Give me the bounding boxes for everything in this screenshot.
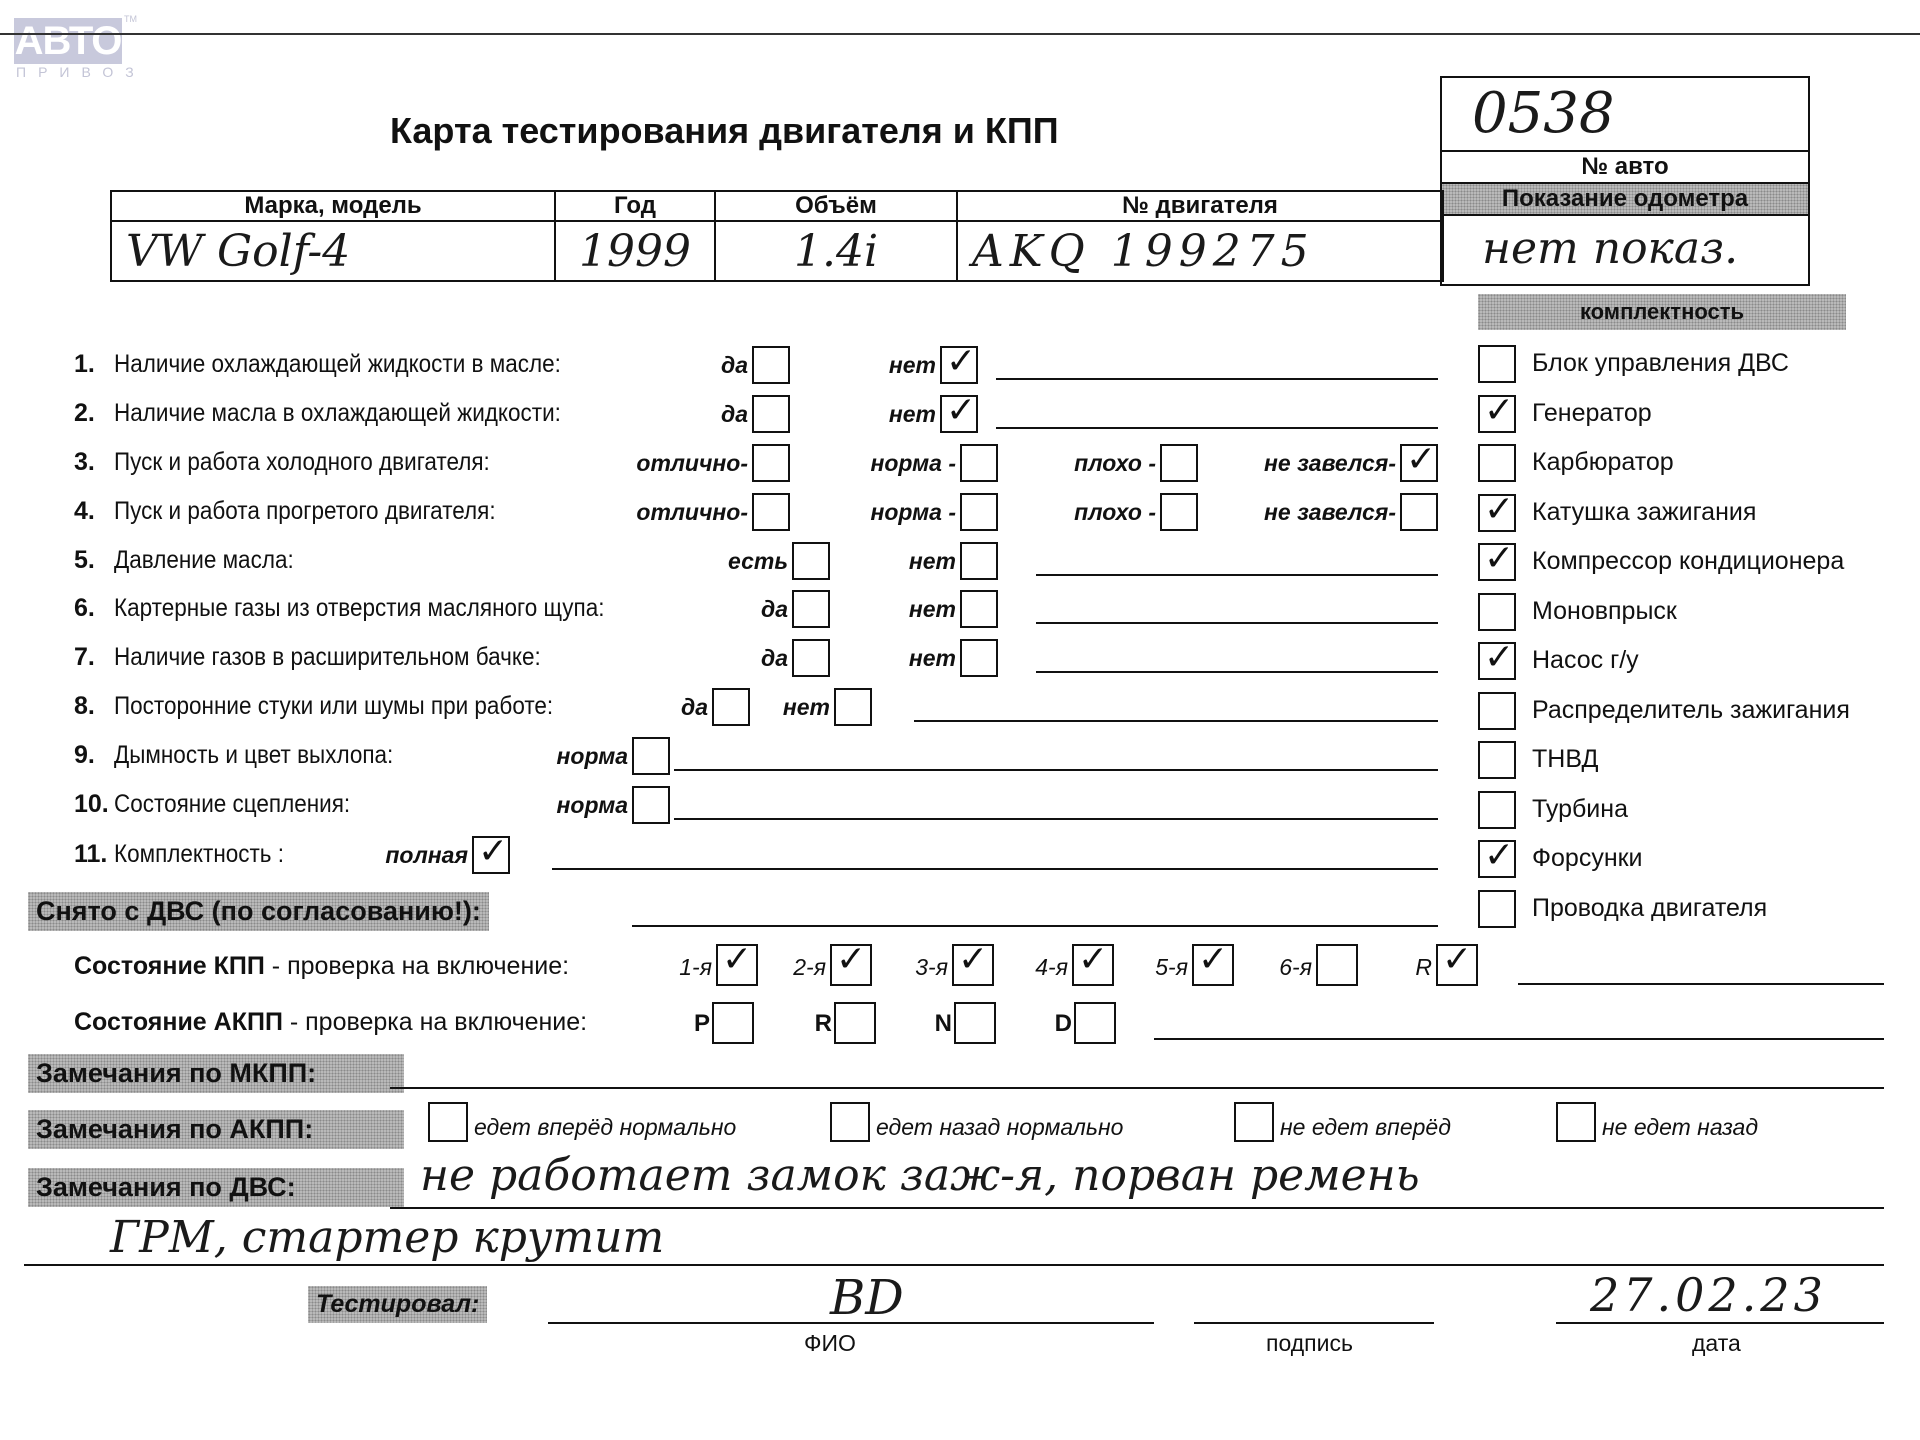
option-label: не завелся- xyxy=(1264,499,1396,526)
check-mark-icon: ✓ xyxy=(946,391,976,431)
kpp-gear-checkbox[interactable]: ✓ xyxy=(716,944,758,986)
question-number: 7. xyxy=(74,643,95,672)
question-text: Дымность и цвет выхлопа: xyxy=(114,741,393,770)
remarks-akpp-label: Замечания по АКПП: xyxy=(28,1110,404,1149)
question-number: 11. xyxy=(74,840,107,869)
check-mark-icon: ✓ xyxy=(1484,539,1514,579)
kpp-gear-label: 4-я xyxy=(1035,954,1068,981)
column-header-year: Год xyxy=(555,191,715,221)
question-notes-field[interactable] xyxy=(996,378,1438,380)
odometer-value[interactable]: нет показ. xyxy=(1442,216,1808,282)
akpp-gear-label: N xyxy=(935,1010,952,1038)
fio-field xyxy=(548,1322,1154,1324)
kpp-gear-label: 2-я xyxy=(793,954,826,981)
option-label: нет xyxy=(889,352,936,379)
option-label: да xyxy=(761,645,788,672)
komplektnost-checkbox[interactable] xyxy=(1478,593,1516,631)
make-model-value[interactable]: VW Golf-4 xyxy=(111,221,555,281)
akpp-label-bold: Состояние АКПП xyxy=(74,1008,283,1036)
fio-label: ФИО xyxy=(804,1330,856,1357)
komplektnost-checkbox[interactable] xyxy=(1478,692,1516,730)
option-checkbox[interactable] xyxy=(792,639,830,677)
option-label: да xyxy=(721,352,748,379)
check-mark-icon: ✓ xyxy=(1484,490,1514,530)
check-mark-icon: ✓ xyxy=(1442,940,1472,980)
signature-label: подпись xyxy=(1266,1330,1353,1357)
check-mark-icon: ✓ xyxy=(836,940,866,980)
option-label: да xyxy=(761,596,788,623)
question-notes-field[interactable] xyxy=(674,769,1438,771)
page-title: Карта тестирования двигателя и КПП xyxy=(390,110,1059,152)
question-notes-field[interactable] xyxy=(552,868,1438,870)
removed-field[interactable] xyxy=(632,925,1438,927)
option-checkbox[interactable]: ✓ xyxy=(1400,444,1438,482)
akpp-gear-label: D xyxy=(1055,1010,1072,1038)
auto-number-label: № авто xyxy=(1442,152,1808,184)
option-checkbox[interactable] xyxy=(1160,493,1198,531)
akpp-notes-field[interactable] xyxy=(1154,1038,1884,1040)
komplektnost-label: Карбюратор xyxy=(1532,448,1674,477)
question-text: Давление масла: xyxy=(114,546,294,575)
komplektnost-label: ТНВД xyxy=(1532,745,1598,774)
komplektnost-label: Форсунки xyxy=(1532,844,1643,873)
question-text: Наличие масла в охлаждающей жидкости: xyxy=(114,399,561,428)
option-label: плохо - xyxy=(1074,450,1156,477)
option-label: отлично- xyxy=(636,499,748,526)
option-checkbox[interactable] xyxy=(1160,444,1198,482)
column-header-volume: Объём xyxy=(715,191,957,221)
kpp-gear-checkbox[interactable]: ✓ xyxy=(1072,944,1114,986)
option-label: полная xyxy=(385,842,468,869)
question-notes-field[interactable] xyxy=(914,720,1438,722)
check-mark-icon: ✓ xyxy=(1484,836,1514,876)
option-label: не завелся- xyxy=(1264,450,1396,477)
column-header-engine-number: № двигателя xyxy=(957,191,1443,221)
check-mark-icon: ✓ xyxy=(1078,940,1108,980)
vehicle-info-table: Марка, модель Год Объём № двигателя VW G… xyxy=(110,190,1444,282)
komplektnost-label: Моновпрыск xyxy=(1532,597,1677,626)
option-checkbox[interactable] xyxy=(1400,493,1438,531)
question-number: 2. xyxy=(74,399,95,428)
option-checkbox[interactable] xyxy=(632,786,670,824)
kpp-label-bold: Состояние КПП xyxy=(74,952,265,980)
akpp-remark-checkbox[interactable] xyxy=(1556,1102,1596,1142)
komplektnost-checkbox[interactable] xyxy=(1478,791,1516,829)
kpp-gear-label: 1-я xyxy=(679,954,712,981)
komplektnost-label: Блок управления ДВС xyxy=(1532,349,1789,378)
year-value[interactable]: 1999 xyxy=(555,221,715,281)
komplektnost-label: Катушка зажигания xyxy=(1532,498,1756,527)
komplektnost-checkbox[interactable]: ✓ xyxy=(1478,543,1516,581)
akpp-gear-checkbox[interactable] xyxy=(954,1002,996,1044)
question-notes-field[interactable] xyxy=(1036,671,1438,673)
question-notes-field[interactable] xyxy=(996,427,1438,429)
option-checkbox[interactable] xyxy=(752,346,790,384)
komplektnost-checkbox[interactable]: ✓ xyxy=(1478,494,1516,532)
kpp-label: Состояние КПП - проверка на включение: xyxy=(74,952,569,981)
option-checkbox[interactable] xyxy=(960,493,998,531)
kpp-gear-label: R xyxy=(1415,954,1432,981)
kpp-gear-checkbox[interactable]: ✓ xyxy=(1192,944,1234,986)
akpp-remark-label: едет вперёд нормально xyxy=(474,1114,736,1141)
removed-label: Снято с ДВС (по согласованию!): xyxy=(28,892,489,931)
option-checkbox[interactable]: ✓ xyxy=(472,836,510,874)
remarks-dvs-label: Замечания по ДВС: xyxy=(28,1168,404,1207)
akpp-gear-checkbox[interactable] xyxy=(834,1002,876,1044)
kpp-gear-label: 3-я xyxy=(915,954,948,981)
check-mark-icon: ✓ xyxy=(1406,440,1436,480)
engine-number-value[interactable]: AKQ 199275 xyxy=(957,221,1443,281)
question-text: Наличие охлаждающей жидкости в масле: xyxy=(114,350,561,379)
komplektnost-label: Генератор xyxy=(1532,399,1652,428)
option-label: есть xyxy=(728,548,788,575)
signature-field[interactable] xyxy=(1194,1322,1434,1324)
option-checkbox[interactable] xyxy=(960,590,998,628)
option-checkbox[interactable] xyxy=(752,395,790,433)
akpp-remark-checkbox[interactable] xyxy=(428,1102,468,1142)
option-checkbox[interactable] xyxy=(960,639,998,677)
option-label: нет xyxy=(909,548,956,575)
kpp-notes-field[interactable] xyxy=(1518,983,1884,985)
volume-value[interactable]: 1.4i xyxy=(715,221,957,281)
komplektnost-checkbox[interactable] xyxy=(1478,444,1516,482)
check-mark-icon: ✓ xyxy=(1198,940,1228,980)
remarks-dvs-line2[interactable]: ГРМ, стартер крутит xyxy=(110,1212,664,1263)
remarks-dvs-underline1 xyxy=(390,1207,1884,1209)
option-label: нет xyxy=(909,645,956,672)
question-number: 1. xyxy=(74,350,95,379)
kpp-gear-checkbox[interactable]: ✓ xyxy=(952,944,994,986)
question-number: 8. xyxy=(74,692,95,721)
komplektnost-checkbox[interactable] xyxy=(1478,741,1516,779)
question-number: 5. xyxy=(74,546,95,575)
question-notes-field[interactable] xyxy=(1036,622,1438,624)
question-notes-field[interactable] xyxy=(674,818,1438,820)
column-header-make-model: Марка, модель xyxy=(111,191,555,221)
logo-trademark: TM xyxy=(124,14,137,24)
option-checkbox[interactable]: ✓ xyxy=(940,395,978,433)
option-label: да xyxy=(681,694,708,721)
komplektnost-checkbox[interactable]: ✓ xyxy=(1478,395,1516,433)
akpp-remark-checkbox[interactable] xyxy=(830,1102,870,1142)
check-mark-icon: ✓ xyxy=(478,832,508,872)
kpp-gear-checkbox[interactable]: ✓ xyxy=(830,944,872,986)
auto-number-value[interactable]: 0538 xyxy=(1442,78,1808,152)
komplektnost-checkbox[interactable]: ✓ xyxy=(1478,642,1516,680)
check-mark-icon: ✓ xyxy=(958,940,988,980)
option-label: плохо - xyxy=(1074,499,1156,526)
question-text: Пуск и работа прогретого двигателя: xyxy=(114,497,496,526)
question-number: 3. xyxy=(74,448,95,477)
option-checkbox[interactable] xyxy=(960,444,998,482)
question-number: 4. xyxy=(74,497,95,526)
option-label: да xyxy=(721,401,748,428)
question-number: 6. xyxy=(74,594,95,623)
date-value[interactable]: 27.02.23 xyxy=(1590,1268,1827,1322)
kpp-gear-label: 5-я xyxy=(1155,954,1188,981)
option-label: нет xyxy=(909,596,956,623)
komplektnost-label: Турбина xyxy=(1532,795,1628,824)
logo-subtitle: ПРИВОЗ xyxy=(16,64,146,80)
auto-number-box: 0538 № авто Показание одометра нет показ… xyxy=(1440,76,1810,286)
option-label: отлично- xyxy=(636,450,748,477)
odometer-label: Показание одометра xyxy=(1442,184,1808,216)
komplektnost-label: Распределитель зажигания xyxy=(1532,696,1850,725)
option-checkbox[interactable] xyxy=(834,688,872,726)
kpp-gear-checkbox[interactable]: ✓ xyxy=(1436,944,1478,986)
question-text: Комплектность : xyxy=(114,840,284,869)
remarks-mkpp-field[interactable] xyxy=(390,1087,1884,1089)
remarks-dvs-underline2 xyxy=(24,1264,1884,1266)
komplektnost-label: Компрессор кондиционера xyxy=(1532,547,1844,576)
fio-value[interactable]: BD xyxy=(830,1270,904,1326)
kpp-gear-label: 6-я xyxy=(1279,954,1312,981)
check-mark-icon: ✓ xyxy=(1484,391,1514,431)
remarks-mkpp-label: Замечания по МКПП: xyxy=(28,1054,404,1093)
kpp-label-rest: - проверка на включение: xyxy=(265,952,569,980)
akpp-gear-label: P xyxy=(694,1010,710,1038)
akpp-gear-label: R xyxy=(815,1010,832,1038)
option-label: норма xyxy=(557,743,629,770)
logo: АВТО xyxy=(14,18,122,64)
option-checkbox[interactable] xyxy=(960,542,998,580)
option-checkbox[interactable]: ✓ xyxy=(940,346,978,384)
komplektnost-title: комплектность xyxy=(1478,294,1846,330)
option-label: нет xyxy=(783,694,830,721)
top-divider xyxy=(0,33,1920,35)
tested-by-label: Тестировал: xyxy=(308,1286,487,1323)
check-mark-icon: ✓ xyxy=(722,940,752,980)
date-label: дата xyxy=(1692,1330,1741,1357)
kpp-gear-checkbox[interactable] xyxy=(1316,944,1358,986)
option-checkbox[interactable] xyxy=(632,737,670,775)
akpp-gear-checkbox[interactable] xyxy=(1074,1002,1116,1044)
akpp-remark-label: не едет вперёд xyxy=(1280,1114,1451,1141)
option-label: нет xyxy=(889,401,936,428)
akpp-remark-label: едет назад нормально xyxy=(876,1114,1123,1141)
akpp-gear-checkbox[interactable] xyxy=(712,1002,754,1044)
question-text: Картерные газы из отверстия масляного щу… xyxy=(114,594,604,623)
option-label: норма - xyxy=(870,499,956,526)
date-field xyxy=(1556,1322,1884,1324)
akpp-label: Состояние АКПП - проверка на включение: xyxy=(74,1008,587,1037)
komplektnost-checkbox[interactable]: ✓ xyxy=(1478,840,1516,878)
check-mark-icon: ✓ xyxy=(946,342,976,382)
komplektnost-checkbox[interactable] xyxy=(1478,890,1516,928)
question-number: 9. xyxy=(74,741,95,770)
option-label: норма xyxy=(557,792,629,819)
remarks-dvs-line1[interactable]: не работает замок заж-я, порван ремень xyxy=(420,1150,1420,1201)
option-checkbox[interactable] xyxy=(752,493,790,531)
question-text: Наличие газов в расширительном бачке: xyxy=(114,643,541,672)
option-checkbox[interactable] xyxy=(792,542,830,580)
question-number: 10. xyxy=(74,790,109,819)
question-notes-field[interactable] xyxy=(1036,574,1438,576)
komplektnost-checkbox[interactable] xyxy=(1478,345,1516,383)
komplektnost-label: Насос г/у xyxy=(1532,646,1639,675)
question-text: Посторонние стуки или шумы при работе: xyxy=(114,692,553,721)
akpp-remark-label: не едет назад xyxy=(1602,1114,1758,1141)
akpp-label-rest: - проверка на включение: xyxy=(283,1008,587,1036)
komplektnost-label: Проводка двигателя xyxy=(1532,894,1767,923)
option-checkbox[interactable] xyxy=(752,444,790,482)
option-checkbox[interactable] xyxy=(712,688,750,726)
question-text: Пуск и работа холодного двигателя: xyxy=(114,448,490,477)
question-text: Состояние сцепления: xyxy=(114,790,350,819)
check-mark-icon: ✓ xyxy=(1484,638,1514,678)
option-checkbox[interactable] xyxy=(792,590,830,628)
option-label: норма - xyxy=(870,450,956,477)
akpp-remark-checkbox[interactable] xyxy=(1234,1102,1274,1142)
